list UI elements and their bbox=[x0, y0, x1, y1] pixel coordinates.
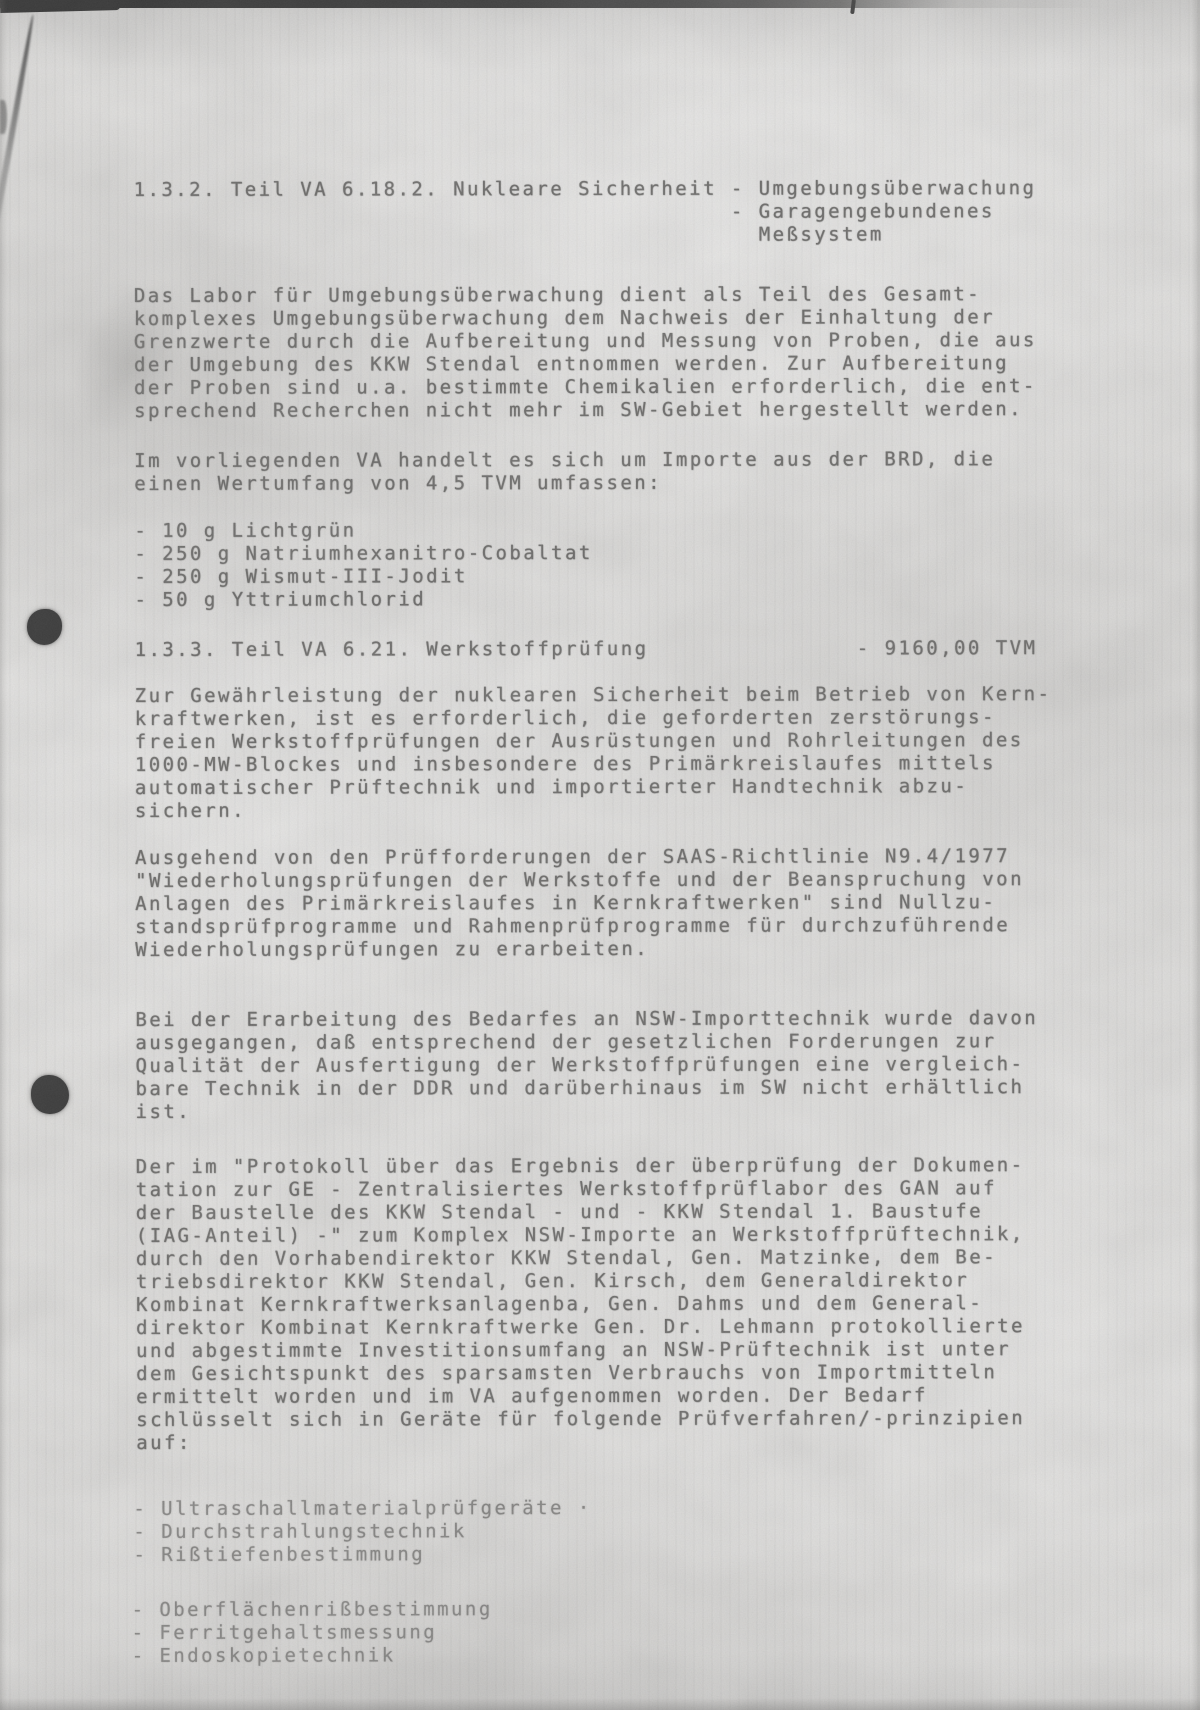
text-line: tation zur GE - Zentralisiertes Werkstof… bbox=[136, 1177, 1025, 1202]
text-line: - Durchstrahlungstechnik bbox=[133, 1520, 591, 1544]
scanned-document-page: 1.3.2. Teil VA 6.18.2. Nukleare Sicherhe… bbox=[0, 0, 1200, 1710]
text-line: - Rißtiefenbestimmung bbox=[133, 1543, 591, 1567]
text-line: Bei der Erarbeitung des Bedarfes an NSW-… bbox=[135, 1007, 1038, 1032]
list-pruefverfahren-2: - Oberflächenrißbestimmung- Ferritgehalt… bbox=[132, 1598, 493, 1668]
text-line: Kombinat Kernkraftwerksanlagenba, Gen. D… bbox=[136, 1292, 1025, 1317]
text-line: (IAG-Anteil) -" zum Komplex NSW-Importe … bbox=[136, 1223, 1025, 1248]
scan-shadow-right bbox=[1191, 0, 1200, 1710]
text-line: - Ultraschallmaterialprüfgeräte · bbox=[133, 1497, 591, 1521]
text-line: Qualität der Ausfertigung der Werkstoffp… bbox=[135, 1053, 1038, 1078]
scan-shadow-bottom bbox=[0, 1698, 1200, 1710]
text-line: komplexes Umgebungsüberwachung dem Nachw… bbox=[134, 306, 1037, 331]
text-line: der Umgebung des KKW Stendal entnommen w… bbox=[134, 352, 1037, 377]
text-line: - 10 g Lichtgrün bbox=[134, 519, 592, 543]
text-line: freien Werkstoffprüfungen der Ausrüstung… bbox=[135, 729, 1052, 754]
paragraph-protokoll: Der im "Protokoll über das Ergebnis der … bbox=[136, 1154, 1026, 1455]
text-line: auf: bbox=[136, 1430, 1025, 1455]
text-line: - 250 g Wismut-III-Jodit bbox=[134, 565, 592, 589]
typewritten-text-layer: 1.3.2. Teil VA 6.18.2. Nukleare Sicherhe… bbox=[0, 0, 1200, 1710]
text-line: einen Wertumfang von 4,5 TVM umfassen: bbox=[134, 471, 995, 496]
text-line: Meßsystem bbox=[134, 223, 1037, 248]
text-line: und abgestimmte Investitionsumfang an NS… bbox=[136, 1338, 1025, 1363]
list-chemikalien: - 10 g Lichtgrün- 250 g Natriumhexanitro… bbox=[134, 519, 593, 612]
section-heading-1-3-3: 1.3.3. Teil VA 6.21. Werkstoffprüfung - … bbox=[135, 637, 1038, 662]
paragraph-umgebungsueberwachung: Das Labor für Umgebungsüberwachung dient… bbox=[134, 283, 1037, 423]
text-line: Ausgehend von den Prüfforderungen der SA… bbox=[135, 845, 1024, 870]
text-line: Das Labor für Umgebungsüberwachung dient… bbox=[134, 283, 1037, 308]
text-line: 1.3.3. Teil VA 6.21. Werkstoffprüfung - … bbox=[135, 637, 1038, 662]
text-line: 1000-MW-Blockes und insbesondere des Pri… bbox=[135, 752, 1052, 777]
text-line: - Endoskopietechnik bbox=[132, 1644, 493, 1668]
text-line: automatischer Prüftechnik und importiert… bbox=[135, 775, 1052, 800]
text-line: ist. bbox=[136, 1099, 1039, 1124]
text-line: der Baustelle des KKW Stendal - und - KK… bbox=[136, 1200, 1025, 1225]
text-line: sprechend Recherchen nicht mehr im SW-Ge… bbox=[134, 398, 1037, 423]
text-line: - Ferritgehaltsmessung bbox=[132, 1621, 493, 1645]
text-line: dem Gesichtspunkt des sparsamsten Verbra… bbox=[136, 1361, 1025, 1386]
paragraph-importe-brd: Im vorliegenden VA handelt es sich um Im… bbox=[134, 448, 995, 496]
punch-hole-bottom bbox=[31, 1075, 69, 1114]
text-line: - 250 g Natriumhexanitro-Cobaltat bbox=[134, 542, 592, 566]
text-line: standsprüfprogramme und Rahmenprüfprogra… bbox=[135, 914, 1024, 939]
text-line: Grenzwerte durch die Aufbereitung und Me… bbox=[134, 329, 1037, 354]
paragraph-saas-richtlinie: Ausgehend von den Prüfforderungen der SA… bbox=[135, 845, 1024, 962]
text-line: 1.3.2. Teil VA 6.18.2. Nukleare Sicherhe… bbox=[134, 177, 1037, 202]
scan-shadow-left bbox=[0, 0, 7, 1710]
scan-edge-top bbox=[0, 0, 1200, 8]
text-line: schlüsselt sich in Geräte für folgende P… bbox=[136, 1407, 1025, 1432]
text-line: durch den Vorhabendirektor KKW Stendal, … bbox=[136, 1246, 1025, 1271]
text-line: Zur Gewährleistung der nuklearen Sicherh… bbox=[135, 683, 1052, 708]
text-line: Der im "Protokoll über das Ergebnis der … bbox=[136, 1154, 1025, 1179]
text-line: der Proben sind u.a. bestimmte Chemikali… bbox=[134, 375, 1037, 400]
text-line: direktor Kombinat Kernkraftwerke Gen. Dr… bbox=[136, 1315, 1025, 1340]
text-line: bare Technik in der DDR und darüberhinau… bbox=[135, 1076, 1038, 1101]
text-line: Anlagen des Primärkreislaufes in Kernkra… bbox=[135, 891, 1024, 916]
text-line: - 50 g Yttriumchlorid bbox=[134, 588, 592, 612]
text-line: sichern. bbox=[135, 798, 1052, 823]
text-line: Wiederholungsprüfungen zu erarbeiten. bbox=[135, 937, 1024, 962]
section-heading-1-3-2: 1.3.2. Teil VA 6.18.2. Nukleare Sicherhe… bbox=[134, 177, 1037, 248]
text-line: Im vorliegenden VA handelt es sich um Im… bbox=[134, 448, 995, 473]
text-line: - Garagengebundenes bbox=[134, 200, 1037, 225]
text-line: "Wiederholungsprüfungen der Werkstoffe u… bbox=[135, 868, 1024, 893]
text-line: kraftwerken, ist es erforderlich, die ge… bbox=[135, 706, 1052, 731]
paragraph-nukleare-sicherheit: Zur Gewährleistung der nuklearen Sicherh… bbox=[135, 683, 1052, 823]
text-line: triebsdirektor KKW Stendal, Gen. Kirsch,… bbox=[136, 1269, 1025, 1294]
text-line: ausgegangen, daß entsprechend der gesetz… bbox=[135, 1030, 1038, 1055]
text-line: - Oberflächenrißbestimmung bbox=[132, 1598, 493, 1622]
list-pruefverfahren-1: - Ultraschallmaterialprüfgeräte ·- Durch… bbox=[133, 1497, 591, 1567]
punch-hole-top bbox=[27, 609, 62, 645]
text-line: ermittelt worden und im VA aufgenommen w… bbox=[136, 1384, 1025, 1409]
paragraph-nsw-importtechnik: Bei der Erarbeitung des Bedarfes an NSW-… bbox=[135, 1007, 1038, 1124]
